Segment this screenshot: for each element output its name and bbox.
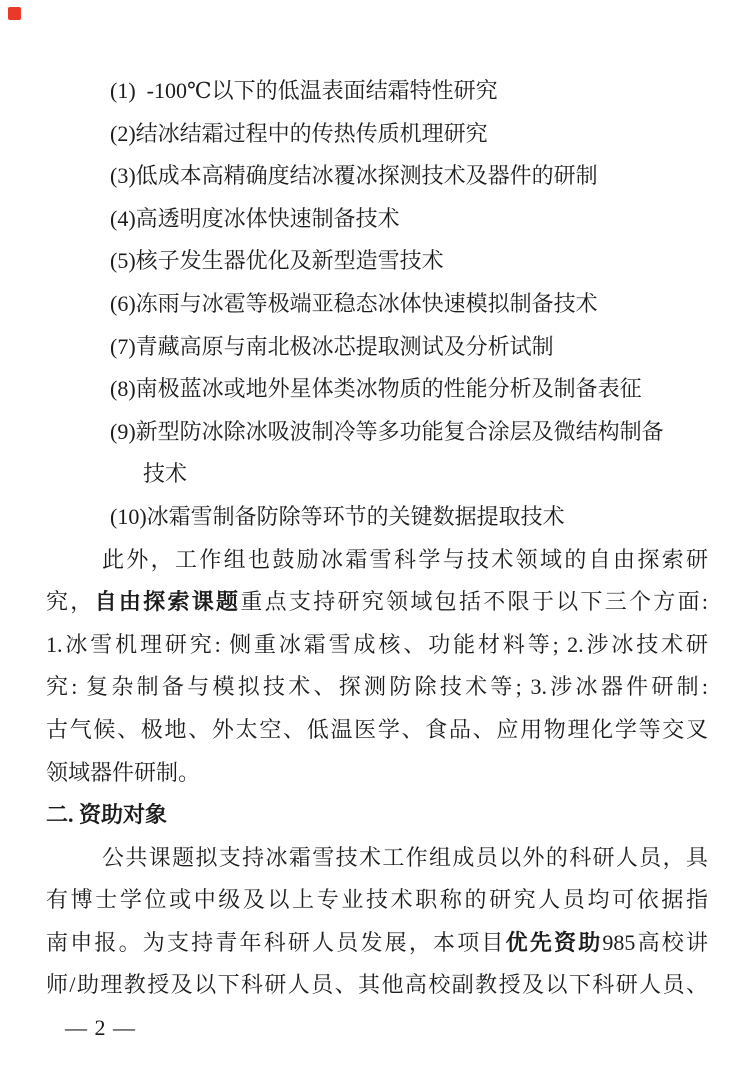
text-segment: (8)南极蓝冰或地外星体类冰物质的性能分析及制备表征 — [110, 376, 642, 401]
document-content: (1) -100℃以下的低温表面结霜特性研究(2)结冰结霜过程中的传热传质机理研… — [46, 70, 708, 1050]
free-topic-para-line-2: 究，自由探索课题重点支持研究领域包括不限于以下三个方面: — [46, 581, 708, 624]
text-segment: 有博士学位或中级及以上专业技术职称的研究人员均可依据指 — [46, 887, 708, 912]
text-segment: (9)新型防冰除冰吸波制冷等多功能复合涂层及微结构制备 — [110, 419, 664, 444]
funding-para-line-4: 师/助理教授及以下科研人员、其他高校副教授及以下科研人员、 — [46, 964, 708, 1007]
document-page: (1) -100℃以下的低温表面结霜特性研究(2)结冰结霜过程中的传热传质机理研… — [0, 0, 750, 1091]
page-number: — 2 — — [46, 1007, 708, 1050]
list-item-2: (2)结冰结霜过程中的传热传质机理研究 — [46, 113, 708, 156]
text-segment: 技术 — [143, 461, 187, 486]
text-segment: 南申报。为支持青年科研人员发展，本项目 — [46, 930, 506, 955]
list-item-1: (1) -100℃以下的低温表面结霜特性研究 — [46, 70, 708, 113]
red-marker — [8, 7, 21, 20]
text-segment: (1) -100℃以下的低温表面结霜特性研究 — [110, 78, 498, 103]
text-segment: (3)低成本高精确度结冰覆冰探测技术及器件的研制 — [110, 163, 598, 188]
list-item-4: (4)高透明度冰体快速制备技术 — [46, 198, 708, 241]
text-segment: (10)冰霜雪制备防除等环节的关键数据提取技术 — [110, 504, 565, 529]
section-heading-funding-targets: 二. 资助对象 — [46, 794, 708, 837]
funding-para-line-3: 南申报。为支持青年科研人员发展，本项目优先资助985高校讲 — [46, 922, 708, 965]
bold-text-segment: 二. 资助对象 — [46, 802, 167, 827]
text-segment: (4)高透明度冰体快速制备技术 — [110, 206, 400, 231]
list-item-5: (5)核子发生器优化及新型造雪技术 — [46, 240, 708, 283]
funding-para-line-1: 公共课题拟支持冰霜雪技术工作组成员以外的科研人员，具 — [46, 837, 708, 880]
text-segment: 领域器件研制。 — [46, 760, 200, 785]
text-segment: 公共课题拟支持冰霜雪技术工作组成员以外的科研人员，具 — [102, 845, 708, 870]
text-segment: (5)核子发生器优化及新型造雪技术 — [110, 248, 444, 273]
free-topic-para-line-3: 1.冰雪机理研究: 侧重冰霜雪成核、功能材料等; 2.涉冰技术研 — [46, 624, 708, 667]
free-topic-para-line-5: 古气候、极地、外太空、低温医学、食品、应用物理化学等交叉 — [46, 709, 708, 752]
funding-para-line-2: 有博士学位或中级及以上专业技术职称的研究人员均可依据指 — [46, 879, 708, 922]
text-segment: 究: 复杂制备与模拟技术、探测防除技术等; 3.涉冰器件研制: — [46, 674, 708, 699]
text-segment: 究， — [46, 589, 95, 614]
text-segment: 985高校讲 — [602, 930, 708, 955]
list-item-10: (10)冰霜雪制备防除等环节的关键数据提取技术 — [46, 496, 708, 539]
bold-text-segment: 优先资助 — [506, 930, 603, 955]
list-item-3: (3)低成本高精确度结冰覆冰探测技术及器件的研制 — [46, 155, 708, 198]
list-item-9: (9)新型防冰除冰吸波制冷等多功能复合涂层及微结构制备 — [46, 411, 708, 454]
list-item-9-continuation: 技术 — [46, 453, 708, 496]
text-segment: 重点支持研究领域包括不限于以下三个方面: — [240, 589, 708, 614]
text-segment: — 2 — — [65, 1015, 136, 1040]
text-segment: 此外，工作组也鼓励冰霜雪科学与技术领域的自由探索研 — [102, 547, 708, 572]
list-item-6: (6)冻雨与冰雹等极端亚稳态冰体快速模拟制备技术 — [46, 283, 708, 326]
text-segment: 1.冰雪机理研究: 侧重冰霜雪成核、功能材料等; 2.涉冰技术研 — [46, 632, 708, 657]
text-segment: (2)结冰结霜过程中的传热传质机理研究 — [110, 121, 488, 146]
bold-text-segment: 自由探索课题 — [95, 589, 241, 614]
free-topic-para-line-4: 究: 复杂制备与模拟技术、探测防除技术等; 3.涉冰器件研制: — [46, 666, 708, 709]
free-topic-para-line-6: 领域器件研制。 — [46, 752, 708, 795]
list-item-7: (7)青藏高原与南北极冰芯提取测试及分析试制 — [46, 326, 708, 369]
text-segment: (7)青藏高原与南北极冰芯提取测试及分析试制 — [110, 334, 554, 359]
list-item-8: (8)南极蓝冰或地外星体类冰物质的性能分析及制备表征 — [46, 368, 708, 411]
text-segment: (6)冻雨与冰雹等极端亚稳态冰体快速模拟制备技术 — [110, 291, 598, 316]
text-segment: 师/助理教授及以下科研人员、其他高校副教授及以下科研人员、 — [46, 972, 708, 997]
text-segment: 古气候、极地、外太空、低温医学、食品、应用物理化学等交叉 — [46, 717, 708, 742]
free-topic-para-line-1: 此外，工作组也鼓励冰霜雪科学与技术领域的自由探索研 — [46, 539, 708, 582]
